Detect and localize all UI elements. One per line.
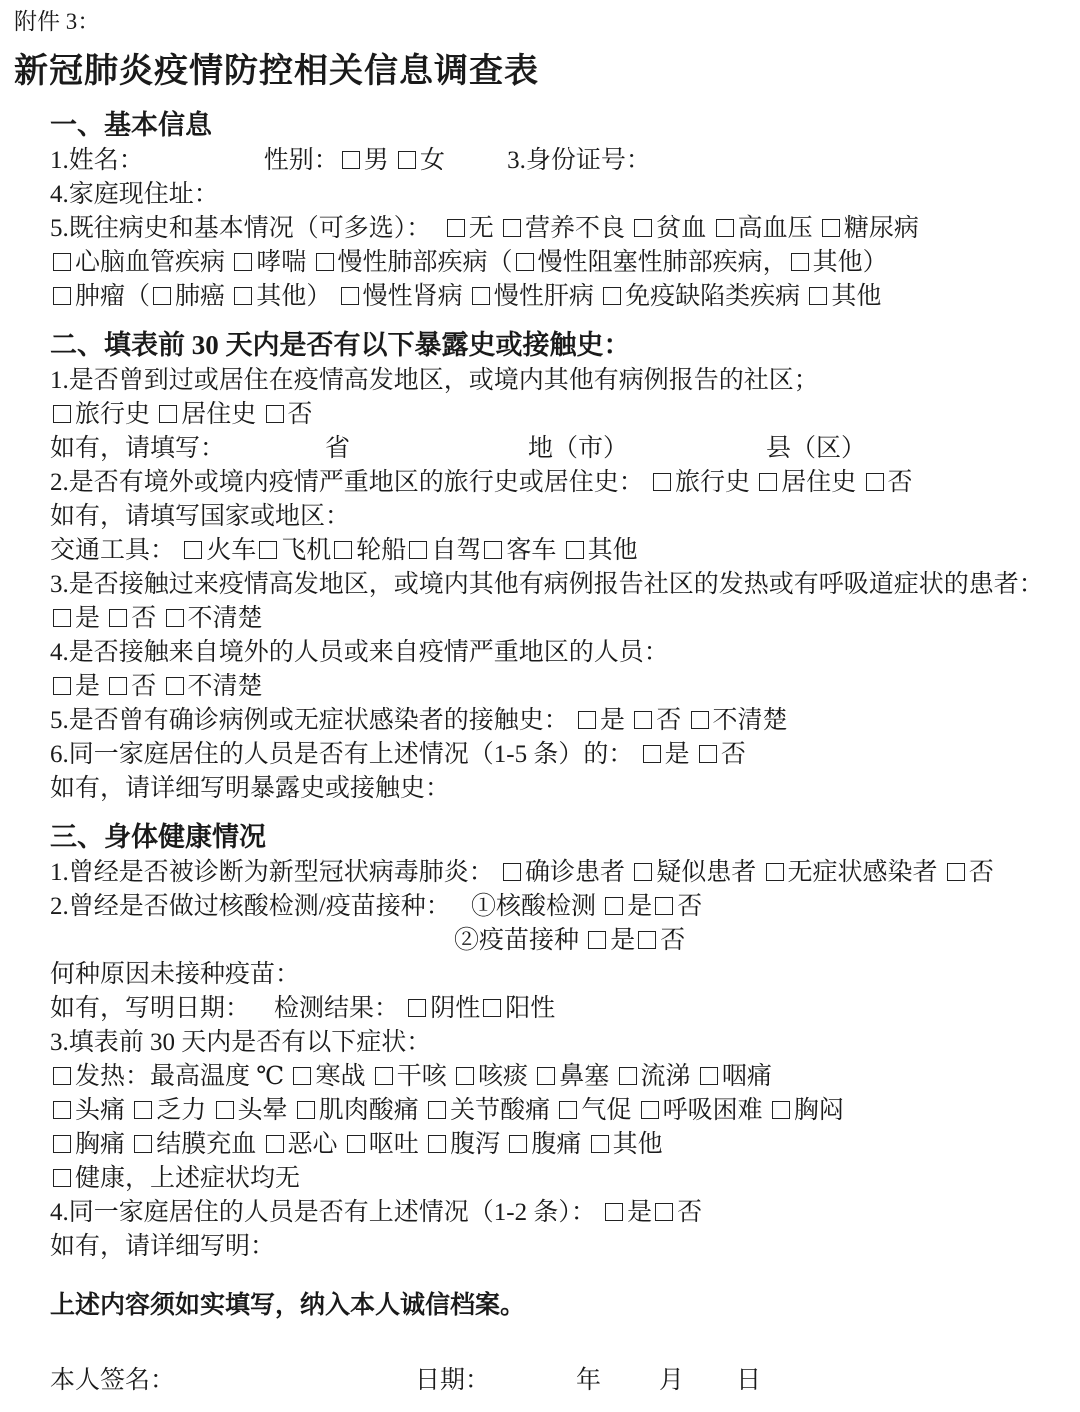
checkbox-icon[interactable] bbox=[153, 287, 171, 305]
checkbox-label: 贫血 bbox=[656, 215, 706, 242]
checkbox-label: 否 bbox=[721, 741, 746, 768]
text-run: 1.姓名： bbox=[50, 147, 144, 174]
checkbox-label: 头痛 bbox=[75, 1097, 125, 1124]
text-run: ①核酸检测 bbox=[471, 893, 602, 920]
checkbox-option[interactable]: 居住史 bbox=[756, 469, 856, 496]
text-run: 如有，请详细写明： bbox=[50, 1233, 275, 1260]
checkbox-icon[interactable] bbox=[947, 863, 965, 881]
checkbox-icon[interactable] bbox=[559, 1101, 577, 1119]
text-run: 4.家庭现住址： bbox=[50, 181, 219, 208]
checkbox-icon[interactable] bbox=[643, 745, 661, 763]
checkbox-label: 慢性肝病 bbox=[494, 283, 594, 310]
form-section: 三、身体健康情况1.曾经是否被诊断为新型冠状病毒肺炎： 确诊患者 疑似患者 无症… bbox=[50, 818, 1054, 1264]
checkbox-icon[interactable] bbox=[484, 541, 502, 559]
text-run bbox=[206, 1097, 212, 1124]
checkbox-label: 呼吸困难 bbox=[663, 1097, 763, 1124]
checkbox-icon[interactable] bbox=[655, 1203, 673, 1221]
checkbox-option[interactable]: 飞机 bbox=[256, 537, 331, 564]
text-run bbox=[609, 1063, 615, 1090]
form-line: ②疫苗接种 是否 bbox=[50, 924, 1054, 958]
checkbox-option[interactable]: 是 bbox=[640, 741, 690, 768]
checkbox-icon[interactable] bbox=[184, 541, 202, 559]
form-line: 4.同一家庭居住的人员是否有上述情况（1-2 条）： 是否 bbox=[50, 1196, 1054, 1230]
checkbox-icon[interactable] bbox=[109, 609, 127, 627]
checkbox-label: 腹泻 bbox=[450, 1131, 500, 1158]
text-run bbox=[813, 215, 819, 242]
checkbox-label: 胸痛 bbox=[75, 1131, 125, 1158]
checkbox-label: 否 bbox=[888, 469, 913, 496]
checkbox-label: 免疫缺陷类疾病 bbox=[625, 283, 800, 310]
checkbox-icon[interactable] bbox=[641, 1101, 659, 1119]
checkbox-icon[interactable] bbox=[375, 1067, 393, 1085]
spacer bbox=[250, 1015, 274, 1016]
text-run bbox=[938, 859, 944, 886]
text-run bbox=[288, 1097, 294, 1124]
checkbox-icon[interactable] bbox=[456, 1067, 474, 1085]
text-run bbox=[756, 859, 762, 886]
form-line: 如有，请填写国家或地区： bbox=[50, 500, 1054, 534]
checkbox-option[interactable]: 流涕 bbox=[616, 1063, 691, 1090]
checkbox-option[interactable]: 疑似患者 bbox=[631, 859, 756, 886]
text-run: 县（区） bbox=[766, 435, 866, 462]
checkbox-label: 慢性阻塞性肺部疾病 bbox=[538, 249, 763, 276]
checkbox-icon[interactable] bbox=[503, 863, 521, 881]
checkbox-icon[interactable] bbox=[259, 541, 277, 559]
text-run bbox=[681, 707, 687, 734]
checkbox-option[interactable]: 胸闷 bbox=[769, 1097, 844, 1124]
checkbox-label: 无症状感染者 bbox=[788, 859, 938, 886]
checkbox-label: 是 bbox=[665, 741, 690, 768]
checkbox-icon[interactable] bbox=[634, 711, 652, 729]
checkbox-option[interactable]: 男 bbox=[339, 147, 389, 174]
form-line: 4.是否接触来自境外的人员或来自疫情严重地区的人员： bbox=[50, 636, 1054, 670]
checkbox-label: 胸闷 bbox=[794, 1097, 844, 1124]
checkbox-label: 飞机 bbox=[281, 537, 331, 564]
checkbox-label: 慢性肾病 bbox=[363, 283, 463, 310]
checkbox-option[interactable]: 是 bbox=[50, 673, 100, 700]
checkbox-option[interactable]: 否 bbox=[635, 927, 685, 954]
checkbox-option[interactable]: 其他 bbox=[563, 537, 638, 564]
text-run: 3.身份证号： bbox=[507, 147, 651, 174]
checkbox-label: 咽痛 bbox=[722, 1063, 772, 1090]
form-line: 旅行史 居住史 否 bbox=[50, 398, 1054, 432]
checkbox-icon[interactable] bbox=[653, 473, 671, 491]
checkbox-option[interactable]: 其他 bbox=[806, 283, 881, 310]
checkbox-label: 否 bbox=[288, 401, 313, 428]
text-run bbox=[156, 605, 162, 632]
checkbox-icon[interactable] bbox=[503, 219, 521, 237]
checkbox-icon[interactable] bbox=[605, 897, 623, 915]
checkbox-option[interactable]: 客车 bbox=[481, 537, 556, 564]
checkbox-icon[interactable] bbox=[603, 287, 621, 305]
checkbox-label: 乏力 bbox=[156, 1097, 206, 1124]
checkbox-option[interactable]: 呕吐 bbox=[344, 1131, 419, 1158]
checkbox-label: 结膜充血 bbox=[156, 1131, 256, 1158]
checkbox-option[interactable]: 寒战 bbox=[290, 1063, 365, 1090]
checkbox-option[interactable]: 心脑血管疾病 bbox=[50, 249, 225, 276]
form-line: 3.是否接触过来疫情高发地区，或境内其他有病例报告社区的发热或有呼吸道症状的患者… bbox=[50, 568, 1054, 602]
checkbox-option[interactable]: 气促 bbox=[556, 1097, 631, 1124]
checkbox-label: 健康，上述症状均无 bbox=[75, 1165, 300, 1192]
text-run: 如有，请填写： bbox=[50, 435, 225, 462]
checkbox-icon[interactable] bbox=[159, 405, 177, 423]
checkbox-icon[interactable] bbox=[428, 1135, 446, 1153]
checkbox-label: 是 bbox=[627, 893, 652, 920]
text-run: 如有，请详细写明暴露史或接触史： bbox=[50, 775, 450, 802]
checkbox-label: 不清楚 bbox=[188, 673, 263, 700]
checkbox-icon[interactable] bbox=[297, 1101, 315, 1119]
form-line: 1.曾经是否被诊断为新型冠状病毒肺炎： 确诊患者 疑似患者 无症状感染者 否 bbox=[50, 856, 1054, 890]
checkbox-icon[interactable] bbox=[53, 1135, 71, 1153]
checkbox-option[interactable]: 胸痛 bbox=[50, 1131, 125, 1158]
checkbox-label: 是 bbox=[600, 707, 625, 734]
checkbox-option[interactable]: 乏力 bbox=[131, 1097, 206, 1124]
checkbox-icon[interactable] bbox=[619, 1067, 637, 1085]
form-line: 如有，请填写：省地（市）县（区） bbox=[50, 432, 1054, 466]
checkbox-icon[interactable] bbox=[809, 287, 827, 305]
checkbox-icon[interactable] bbox=[822, 219, 840, 237]
checkbox-label: 头晕 bbox=[238, 1097, 288, 1124]
text-run bbox=[691, 1063, 697, 1090]
checkbox-label: 无 bbox=[469, 215, 494, 242]
checkbox-option[interactable]: 旅行史 bbox=[50, 401, 150, 428]
form-line: 如有，请详细写明： bbox=[50, 1230, 1054, 1264]
spacer bbox=[225, 455, 325, 456]
checkbox-option[interactable]: 女 bbox=[395, 147, 445, 174]
form-line: 1.姓名：性别：男 女3.身份证号： bbox=[50, 144, 1054, 178]
checkbox-option[interactable]: 其他 bbox=[588, 1131, 663, 1158]
checkbox-icon[interactable] bbox=[537, 1067, 555, 1085]
checkbox-label: 否 bbox=[677, 893, 702, 920]
checkbox-option[interactable]: 是 bbox=[575, 707, 625, 734]
checkbox-option[interactable]: 慢性阻塞性肺部疾病 bbox=[513, 249, 763, 276]
checkbox-option[interactable]: 其他 bbox=[788, 249, 863, 276]
checkbox-icon[interactable] bbox=[398, 151, 416, 169]
checkbox-label: 不清楚 bbox=[713, 707, 788, 734]
section-heading: 三、身体健康情况 bbox=[50, 818, 1054, 856]
checkbox-label: 其他 bbox=[588, 537, 638, 564]
checkbox-option[interactable]: 头痛 bbox=[50, 1097, 125, 1124]
checkbox-icon[interactable] bbox=[266, 405, 284, 423]
checkbox-label: 腹痛 bbox=[531, 1131, 581, 1158]
checkbox-option[interactable]: 慢性肾病 bbox=[338, 283, 463, 310]
form-sections: 一、基本信息1.姓名：性别：男 女3.身份证号：4.家庭现住址：5.既往病史和基… bbox=[50, 106, 1054, 1264]
checkbox-icon[interactable] bbox=[578, 711, 596, 729]
checkbox-label: 肺癌 bbox=[175, 283, 225, 310]
checkbox-icon[interactable] bbox=[166, 609, 184, 627]
section-heading: 二、填表前 30 天内是否有以下暴露史或接触史： bbox=[50, 326, 1054, 364]
checkbox-icon[interactable] bbox=[134, 1135, 152, 1153]
checkbox-label: 男 bbox=[364, 147, 389, 174]
text-run: 如有，请填写国家或地区： bbox=[50, 503, 350, 530]
checkbox-icon[interactable] bbox=[266, 1135, 284, 1153]
spacer bbox=[628, 455, 766, 456]
checkbox-icon[interactable] bbox=[53, 405, 71, 423]
checkbox-option[interactable]: 营养不良 bbox=[500, 215, 625, 242]
checkbox-label: 否 bbox=[131, 605, 156, 632]
checkbox-option[interactable]: 健康，上述症状均无 bbox=[50, 1165, 300, 1192]
text-run: 4.同一家庭居住的人员是否有上述情况（1-2 条）： bbox=[50, 1199, 602, 1226]
checkbox-option[interactable]: 否 bbox=[944, 859, 994, 886]
checkbox-option[interactable]: 否 bbox=[106, 673, 156, 700]
text-run: （ bbox=[488, 249, 513, 276]
checkbox-label: 女 bbox=[420, 147, 445, 174]
checkbox-icon[interactable] bbox=[472, 287, 490, 305]
form-line: 交通工具： 火车飞机轮船自驾客车 其他 bbox=[50, 534, 1054, 568]
checkbox-icon[interactable] bbox=[347, 1135, 365, 1153]
text-run: 省 bbox=[325, 435, 350, 462]
form-line: 肿瘤（肺癌 其他） 慢性肾病 慢性肝病 免疫缺陷类疾病 其他 bbox=[50, 280, 1054, 314]
checkbox-option[interactable]: 肺癌 bbox=[150, 283, 225, 310]
checkbox-label: 心脑血管疾病 bbox=[75, 249, 225, 276]
checkbox-label: 慢性肺部疾病 bbox=[338, 249, 488, 276]
checkbox-icon[interactable] bbox=[342, 151, 360, 169]
checkbox-label: 其他 bbox=[831, 283, 881, 310]
checkbox-label: 气促 bbox=[581, 1097, 631, 1124]
checkbox-icon[interactable] bbox=[53, 609, 71, 627]
checkbox-icon[interactable] bbox=[716, 219, 734, 237]
checkbox-icon[interactable] bbox=[516, 253, 534, 271]
checkbox-icon[interactable] bbox=[699, 745, 717, 763]
checkbox-label: 其他 bbox=[613, 1131, 663, 1158]
checkbox-option[interactable]: 火车 bbox=[181, 537, 256, 564]
checkbox-option[interactable]: 阴性 bbox=[405, 995, 480, 1022]
checkbox-option[interactable]: 鼻塞 bbox=[534, 1063, 609, 1090]
text-run bbox=[366, 1063, 372, 1090]
checkbox-option[interactable]: 慢性肝病 bbox=[469, 283, 594, 310]
checkbox-icon[interactable] bbox=[53, 1101, 71, 1119]
checkbox-option[interactable]: 头晕 bbox=[213, 1097, 288, 1124]
checkbox-icon[interactable] bbox=[655, 897, 673, 915]
text-run bbox=[256, 1131, 262, 1158]
checkbox-label: 否 bbox=[969, 859, 994, 886]
checkbox-option[interactable]: 呼吸困难 bbox=[638, 1097, 763, 1124]
checkbox-option[interactable]: 是 bbox=[50, 605, 100, 632]
checkbox-label: 阳性 bbox=[505, 995, 555, 1022]
form-line: 健康，上述症状均无 bbox=[50, 1162, 1054, 1196]
checkbox-icon[interactable] bbox=[341, 287, 359, 305]
checkbox-option[interactable]: 其他 bbox=[231, 283, 306, 310]
checkbox-label: 营养不良 bbox=[525, 215, 625, 242]
checkbox-option[interactable]: 肌肉酸痛 bbox=[294, 1097, 419, 1124]
document-page: 附件 3： 新冠肺炎疫情防控相关信息调查表 一、基本信息1.姓名：性别：男 女3… bbox=[0, 0, 1080, 1398]
text-run: 2.曾经是否做过核酸检测/疫苗接种： bbox=[50, 893, 457, 920]
checkbox-icon[interactable] bbox=[766, 863, 784, 881]
checkbox-icon[interactable] bbox=[334, 541, 352, 559]
checkbox-icon[interactable] bbox=[408, 999, 426, 1017]
checkbox-label: 发热 bbox=[75, 1063, 125, 1090]
checkbox-icon[interactable] bbox=[591, 1135, 609, 1153]
checkbox-option[interactable]: 确诊患者 bbox=[500, 859, 625, 886]
integrity-notice: 上述内容须如实填写，纳入本人诚信档案。 bbox=[50, 1288, 1054, 1324]
text-run: ：最高温度 ℃ bbox=[125, 1063, 290, 1090]
checkbox-icon[interactable] bbox=[428, 1101, 446, 1119]
checkbox-label: 否 bbox=[660, 927, 685, 954]
checkbox-label: 哮喘 bbox=[256, 249, 306, 276]
text-run: ） bbox=[306, 283, 337, 310]
checkbox-option[interactable]: 否 bbox=[631, 707, 681, 734]
form-line: 本人签名：日期：年月日 bbox=[50, 1364, 1054, 1398]
spacer bbox=[490, 1387, 576, 1388]
form-line: 5.是否曾有确诊病例或无症状感染者的接触史： 是 否 不清楚 bbox=[50, 704, 1054, 738]
spacer bbox=[50, 947, 454, 948]
checkbox-label: 是 bbox=[75, 673, 100, 700]
checkbox-option[interactable]: 腹泻 bbox=[425, 1131, 500, 1158]
checkbox-label: 轮船 bbox=[356, 537, 406, 564]
text-run bbox=[463, 283, 469, 310]
text-run: 月 bbox=[659, 1367, 684, 1394]
spacer bbox=[144, 167, 264, 168]
text-run: 何种原因未接种疫苗： bbox=[50, 961, 300, 988]
checkbox-label: 干咳 bbox=[397, 1063, 447, 1090]
checkbox-icon[interactable] bbox=[791, 253, 809, 271]
checkbox-label: 否 bbox=[131, 673, 156, 700]
checkbox-option[interactable]: 不清楚 bbox=[163, 673, 263, 700]
form-line: 6.同一家庭居住的人员是否有上述情况（1-5 条）的： 是 否 bbox=[50, 738, 1054, 772]
spacer bbox=[457, 913, 471, 914]
form-line: 如有，写明日期：检测结果： 阴性阳性 bbox=[50, 992, 1054, 1026]
checkbox-option[interactable]: 是 bbox=[602, 893, 652, 920]
checkbox-option[interactable]: 糖尿病 bbox=[819, 215, 919, 242]
checkbox-icon[interactable] bbox=[409, 541, 427, 559]
checkbox-label: 是 bbox=[75, 605, 100, 632]
checkbox-option[interactable]: 无 bbox=[444, 215, 494, 242]
checkbox-option[interactable]: 是 bbox=[602, 1199, 652, 1226]
checkbox-option[interactable]: 是 bbox=[585, 927, 635, 954]
checkbox-option[interactable]: 不清楚 bbox=[688, 707, 788, 734]
form-line: 3.填表前 30 天内是否有以下症状： bbox=[50, 1026, 1054, 1060]
checkbox-icon[interactable] bbox=[234, 287, 252, 305]
checkbox-option[interactable]: 高血压 bbox=[713, 215, 813, 242]
text-run: ） bbox=[863, 249, 888, 276]
checkbox-icon[interactable] bbox=[53, 1169, 71, 1187]
checkbox-option[interactable]: 无症状感染者 bbox=[763, 859, 938, 886]
checkbox-icon[interactable] bbox=[134, 1101, 152, 1119]
checkbox-option[interactable]: 哮喘 bbox=[231, 249, 306, 276]
spacer bbox=[684, 1387, 736, 1388]
text-run: （ bbox=[125, 283, 150, 310]
checkbox-label: 居住史 bbox=[781, 469, 856, 496]
checkbox-label: 其他 bbox=[256, 283, 306, 310]
checkbox-icon[interactable] bbox=[866, 473, 884, 491]
checkbox-option[interactable]: 否 bbox=[863, 469, 913, 496]
checkbox-icon[interactable] bbox=[216, 1101, 234, 1119]
form-line: 2.曾经是否做过核酸检测/疫苗接种： ①核酸检测 是否 bbox=[50, 890, 1054, 924]
checkbox-icon[interactable] bbox=[691, 711, 709, 729]
text-run bbox=[631, 1097, 637, 1124]
text-run: 日期： bbox=[415, 1367, 490, 1394]
checkbox-label: 关节酸痛 bbox=[450, 1097, 550, 1124]
form-line: 4.家庭现住址： bbox=[50, 178, 1054, 212]
checkbox-option[interactable]: 轮船 bbox=[331, 537, 406, 564]
checkbox-option[interactable]: 咽痛 bbox=[697, 1063, 772, 1090]
checkbox-icon[interactable] bbox=[700, 1067, 718, 1085]
checkbox-icon[interactable] bbox=[234, 253, 252, 271]
text-run bbox=[856, 469, 862, 496]
checkbox-option[interactable]: 自驾 bbox=[406, 537, 481, 564]
checkbox-option[interactable]: 否 bbox=[696, 741, 746, 768]
checkbox-label: 不清楚 bbox=[188, 605, 263, 632]
checkbox-label: 客车 bbox=[506, 537, 556, 564]
checkbox-label: 是 bbox=[627, 1199, 652, 1226]
text-run bbox=[156, 673, 162, 700]
checkbox-icon[interactable] bbox=[566, 541, 584, 559]
text-run: 交通工具： bbox=[50, 537, 181, 564]
checkbox-option[interactable]: 否 bbox=[106, 605, 156, 632]
text-run: 检测结果： bbox=[274, 995, 405, 1022]
checkbox-label: 恶心 bbox=[288, 1131, 338, 1158]
checkbox-icon[interactable] bbox=[638, 931, 656, 949]
checkbox-icon[interactable] bbox=[316, 253, 334, 271]
text-run: 4.是否接触来自境外的人员或来自疫情严重地区的人员： bbox=[50, 639, 669, 666]
checkbox-icon[interactable] bbox=[109, 677, 127, 695]
text-run: 3.是否接触过来疫情高发地区，或境内其他有病例报告社区的发热或有呼吸道症状的患者… bbox=[50, 571, 1044, 598]
checkbox-icon[interactable] bbox=[605, 1203, 623, 1221]
checkbox-option[interactable]: 腹痛 bbox=[506, 1131, 581, 1158]
checkbox-option[interactable]: 不清楚 bbox=[163, 605, 263, 632]
checkbox-label: 否 bbox=[677, 1199, 702, 1226]
checkbox-option[interactable]: 慢性肺部疾病 bbox=[313, 249, 488, 276]
checkbox-icon[interactable] bbox=[53, 253, 71, 271]
checkbox-option[interactable]: 恶心 bbox=[263, 1131, 338, 1158]
text-run: 日 bbox=[736, 1367, 761, 1394]
checkbox-option[interactable]: 居住史 bbox=[156, 401, 256, 428]
checkbox-icon[interactable] bbox=[772, 1101, 790, 1119]
checkbox-option[interactable]: 免疫缺陷类疾病 bbox=[600, 283, 800, 310]
checkbox-label: 咳痰 bbox=[478, 1063, 528, 1090]
spacer bbox=[601, 1387, 659, 1388]
checkbox-option[interactable]: 阳性 bbox=[480, 995, 555, 1022]
checkbox-option[interactable]: 否 bbox=[652, 1199, 702, 1226]
checkbox-label: 肿瘤 bbox=[75, 283, 125, 310]
form-line: 发热：最高温度 ℃ 寒战 干咳 咳痰 鼻塞 流涕 咽痛 bbox=[50, 1060, 1054, 1094]
checkbox-icon[interactable] bbox=[166, 677, 184, 695]
checkbox-icon[interactable] bbox=[588, 931, 606, 949]
form-line: 1.是否曾到过或居住在疫情高发地区，或境内其他有病例报告的社区； bbox=[50, 364, 1054, 398]
checkbox-icon[interactable] bbox=[509, 1135, 527, 1153]
checkbox-option[interactable]: 发热 bbox=[50, 1063, 125, 1090]
checkbox-option[interactable]: 关节酸痛 bbox=[425, 1097, 550, 1124]
checkbox-icon[interactable] bbox=[483, 999, 501, 1017]
checkbox-option[interactable]: 咳痰 bbox=[453, 1063, 528, 1090]
checkbox-label: 糖尿病 bbox=[844, 215, 919, 242]
checkbox-label: 肌肉酸痛 bbox=[319, 1097, 419, 1124]
checkbox-icon[interactable] bbox=[634, 863, 652, 881]
checkbox-icon[interactable] bbox=[53, 677, 71, 695]
checkbox-label: 呕吐 bbox=[369, 1131, 419, 1158]
text-run: 5.既往病史和基本情况（可多选）： bbox=[50, 215, 444, 242]
checkbox-icon[interactable] bbox=[759, 473, 777, 491]
text-run: 本人签名： bbox=[50, 1367, 175, 1394]
checkbox-option[interactable]: 结膜充血 bbox=[131, 1131, 256, 1158]
text-run bbox=[256, 401, 262, 428]
checkbox-option[interactable]: 干咳 bbox=[372, 1063, 447, 1090]
checkbox-option[interactable]: 否 bbox=[652, 893, 702, 920]
checkbox-option[interactable]: 旅行史 bbox=[650, 469, 750, 496]
checkbox-icon[interactable] bbox=[293, 1067, 311, 1085]
text-run: 地（市） bbox=[528, 435, 628, 462]
attachment-label: 附件 3： bbox=[14, 8, 1054, 36]
checkbox-icon[interactable] bbox=[634, 219, 652, 237]
checkbox-label: 是 bbox=[610, 927, 635, 954]
form-line: 5.既往病史和基本情况（可多选）： 无 营养不良 贫血 高血压 糖尿病 bbox=[50, 212, 1054, 246]
checkbox-icon[interactable] bbox=[53, 287, 71, 305]
checkbox-option[interactable]: 贫血 bbox=[631, 215, 706, 242]
checkbox-icon[interactable] bbox=[447, 219, 465, 237]
checkbox-option[interactable]: 肿瘤 bbox=[50, 283, 125, 310]
checkbox-option[interactable]: 否 bbox=[263, 401, 313, 428]
checkbox-icon[interactable] bbox=[53, 1067, 71, 1085]
